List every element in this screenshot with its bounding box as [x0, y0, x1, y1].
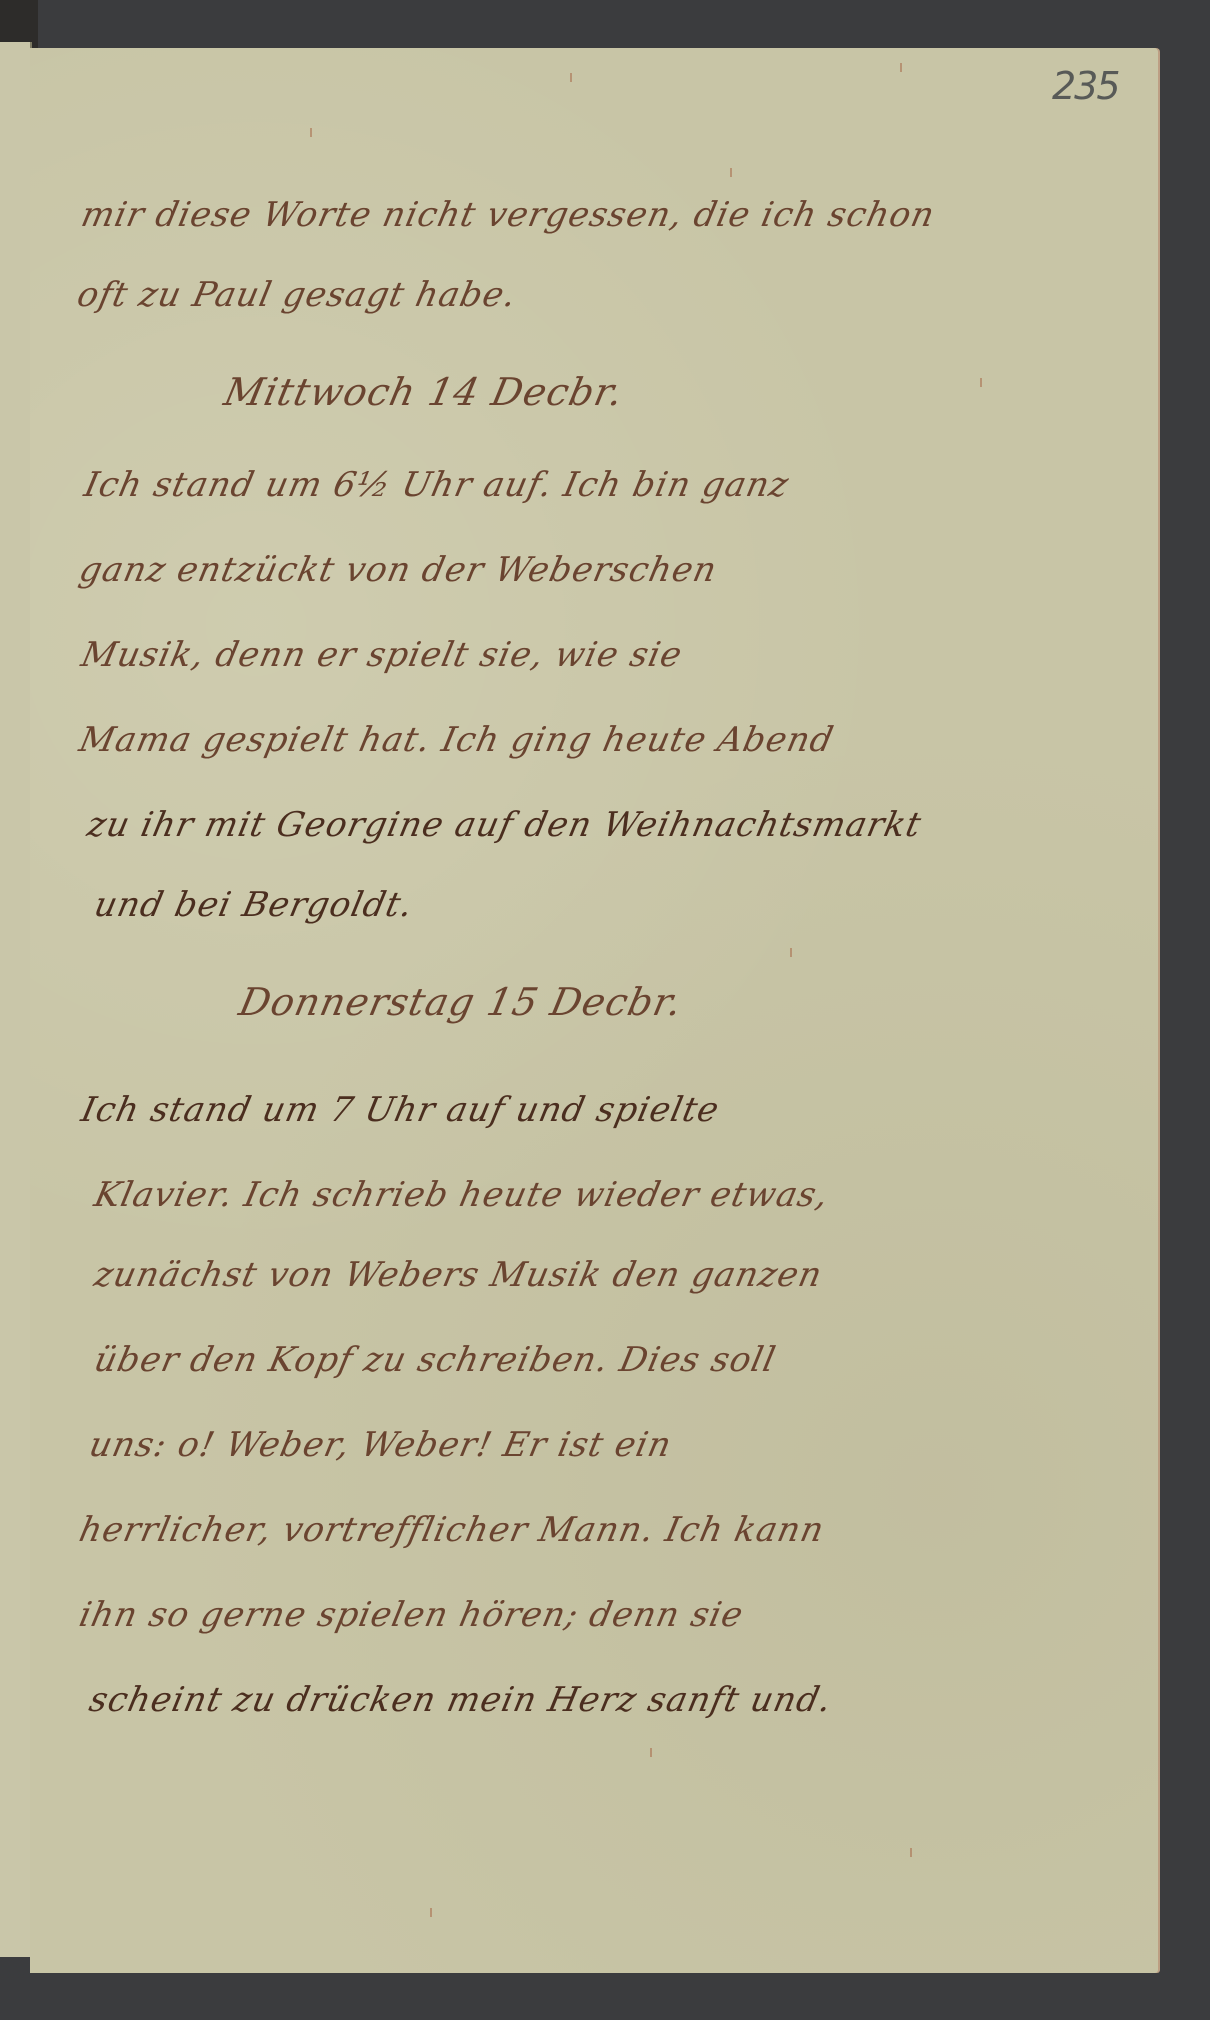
- text-line: ihn so gerne spielen hören; denn sie: [76, 1595, 747, 1635]
- text-line: uns: o! Weber, Weber! Er ist ein: [86, 1425, 676, 1465]
- text-line: mir diese Worte nicht vergessen, die ich…: [78, 195, 939, 235]
- text-line: Mama gespielt hat. Ich ging heute Abend: [76, 720, 838, 760]
- text-line: zunächst von Webers Musik den ganzen: [91, 1255, 826, 1295]
- text-line: Musik, denn er spielt sie, wie sie: [78, 635, 686, 675]
- text-line: oft zu Paul gesagt habe.: [74, 275, 521, 315]
- text-line: zu ihr mit Georgine auf den Weihnachtsma…: [84, 805, 925, 845]
- text-line: über den Kopf zu schreiben. Dies soll: [91, 1340, 780, 1380]
- text-line: ganz entzückt von der Weberschen: [76, 550, 721, 590]
- text-line: Ich stand um 7 Uhr auf und spielte: [78, 1090, 723, 1130]
- text-line: herrlicher, vortrefflicher Mann. Ich kan…: [76, 1510, 828, 1550]
- text-line: scheint zu drücken mein Herz sanft und.: [86, 1680, 836, 1720]
- previous-page-edge: [0, 42, 32, 1957]
- text-line: und bei Bergoldt.: [91, 885, 417, 925]
- text-line: Klavier. Ich schrieb heute wieder etwas,: [91, 1175, 833, 1215]
- text-line: Ich stand um 6½ Uhr auf. Ich bin ganz: [81, 465, 793, 505]
- diary-date-heading: Mittwoch 14 Decbr.: [220, 370, 627, 414]
- diary-date-heading: Donnerstag 15 Decbr.: [235, 980, 686, 1024]
- folio-number: 235: [1052, 64, 1119, 108]
